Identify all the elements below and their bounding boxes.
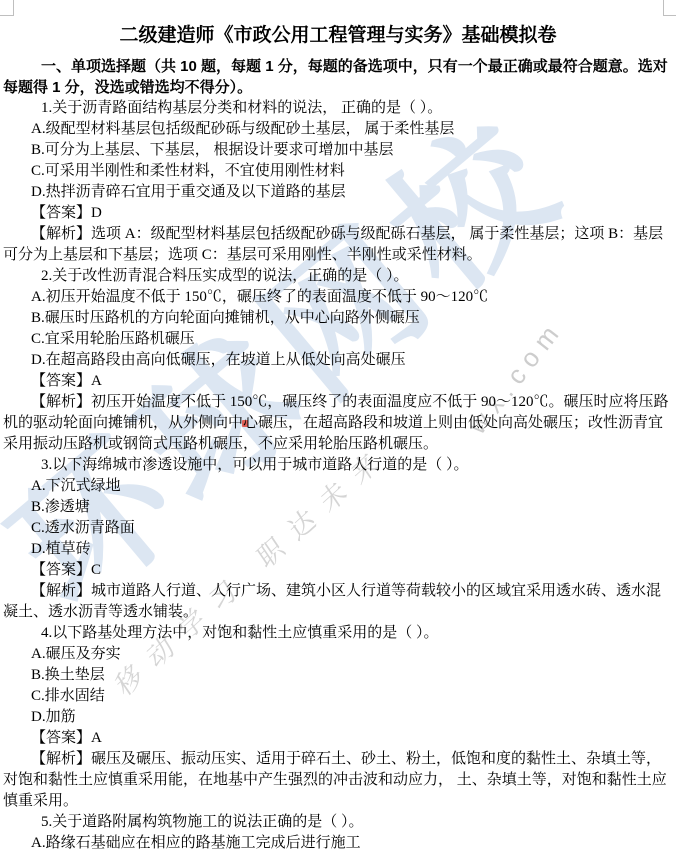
analysis-line: 【解析】初压开始温度不低于 150℃，碾压终了的表面温度应不低于 90～120℃… bbox=[3, 392, 673, 455]
question-option: B.可分为上基层、下基层， 根据设计要求可增加中基层 bbox=[3, 140, 673, 161]
analysis-line: 【解析】选项 A：级配型材料基层包括级配砂砾与级配砾石基层， 属于柔性基层；这项… bbox=[3, 224, 673, 266]
question-option: A.初压开始温度不低于 150℃，碾压终了的表面温度不低于 90～120℃ bbox=[3, 287, 673, 308]
analysis-line: 【解析】城市道路人行道、人行广场、建筑小区人行道等荷载较小的区域宜采用透水砖、透… bbox=[3, 581, 673, 623]
page-margin-mark-top-right bbox=[663, 0, 664, 15]
page-margin-mark-top-left bbox=[0, 15, 14, 16]
answer-line: 【答案】A bbox=[3, 371, 673, 392]
question-block-1: 1.关于沥青路面结构基层分类和材料的说法， 正确的是（ ）。 A.级配型材料基层… bbox=[3, 98, 673, 266]
question-option: D.在超高路段由高向低碾压，在坡道上从低处向高处碾压 bbox=[3, 350, 673, 371]
question-stem: 2.关于改性沥青混合料压实成型的说法，正确的是（ ）。 bbox=[3, 266, 673, 287]
question-option: D.植草砖 bbox=[3, 539, 673, 560]
answer-line: 【答案】D bbox=[3, 203, 673, 224]
question-block-5: 5.关于道路附属构筑物施工的说法正确的是（ ）。 A.路缘石基础应在相应的路基施… bbox=[3, 812, 673, 854]
analysis-line: 【解析】碾压及碾压、振动压实、适用于碎石土、砂土、粉土，低饱和度的黏性土、杂填土… bbox=[3, 749, 673, 812]
question-option: C.排水固结 bbox=[3, 686, 673, 707]
question-block-2: 2.关于改性沥青混合料压实成型的说法，正确的是（ ）。 A.初压开始温度不低于 … bbox=[3, 266, 673, 455]
question-option: C.透水沥青路面 bbox=[3, 518, 673, 539]
question-option: C.可采用半刚性和柔性材料，不宜使用刚性材料 bbox=[3, 161, 673, 182]
question-option: D.热拌沥青碎石宜用于重交通及以下道路的基层 bbox=[3, 182, 673, 203]
question-stem: 5.关于道路附属构筑物施工的说法正确的是（ ）。 bbox=[3, 812, 673, 833]
exam-title: 二级建造师《市政公用工程管理与实务》基础模拟卷 bbox=[3, 24, 673, 48]
question-option: A.级配型材料基层包括级配砂砾与级配砂土基层， 属于柔性基层 bbox=[3, 119, 673, 140]
question-stem: 3.以下海绵城市渗透设施中，可以用于城市道路人行道的是（ ）。 bbox=[3, 455, 673, 476]
answer-line: 【答案】C bbox=[3, 560, 673, 581]
section-intro: 一、单项选择题（共 10 题，每题 1 分，每题的备选项中，只有一个最正确或最符… bbox=[3, 56, 673, 98]
question-option: D.加筋 bbox=[3, 707, 673, 728]
question-option: A.下沉式绿地 bbox=[3, 476, 673, 497]
question-stem: 4.以下路基处理方法中，对饱和黏性土应慎重采用的是（ ）。 bbox=[3, 623, 673, 644]
question-option: A.碾压及夯实 bbox=[3, 644, 673, 665]
question-option: C.宜采用轮胎压路机碾压 bbox=[3, 329, 673, 350]
question-block-3: 3.以下海绵城市渗透设施中，可以用于城市道路人行道的是（ ）。 A.下沉式绿地 … bbox=[3, 455, 673, 623]
question-block-4: 4.以下路基处理方法中，对饱和黏性土应慎重采用的是（ ）。 A.碾压及夯实 B.… bbox=[3, 623, 673, 812]
question-option: B.碾压时压路机的方向轮面向摊铺机，从中心向路外侧碾压 bbox=[3, 308, 673, 329]
question-stem: 1.关于沥青路面结构基层分类和材料的说法， 正确的是（ ）。 bbox=[3, 98, 673, 119]
answer-line: 【答案】A bbox=[3, 728, 673, 749]
page-margin-mark-top-right bbox=[663, 15, 676, 16]
exam-document: 二级建造师《市政公用工程管理与实务》基础模拟卷 一、单项选择题（共 10 题，每… bbox=[0, 24, 676, 854]
question-option: A.路缘石基础应在相应的路基施工完成后进行施工 bbox=[3, 833, 673, 854]
question-option: B.渗透塘 bbox=[3, 497, 673, 518]
page-margin-mark-top-left bbox=[13, 0, 14, 15]
question-option: B.换土垫层 bbox=[3, 665, 673, 686]
